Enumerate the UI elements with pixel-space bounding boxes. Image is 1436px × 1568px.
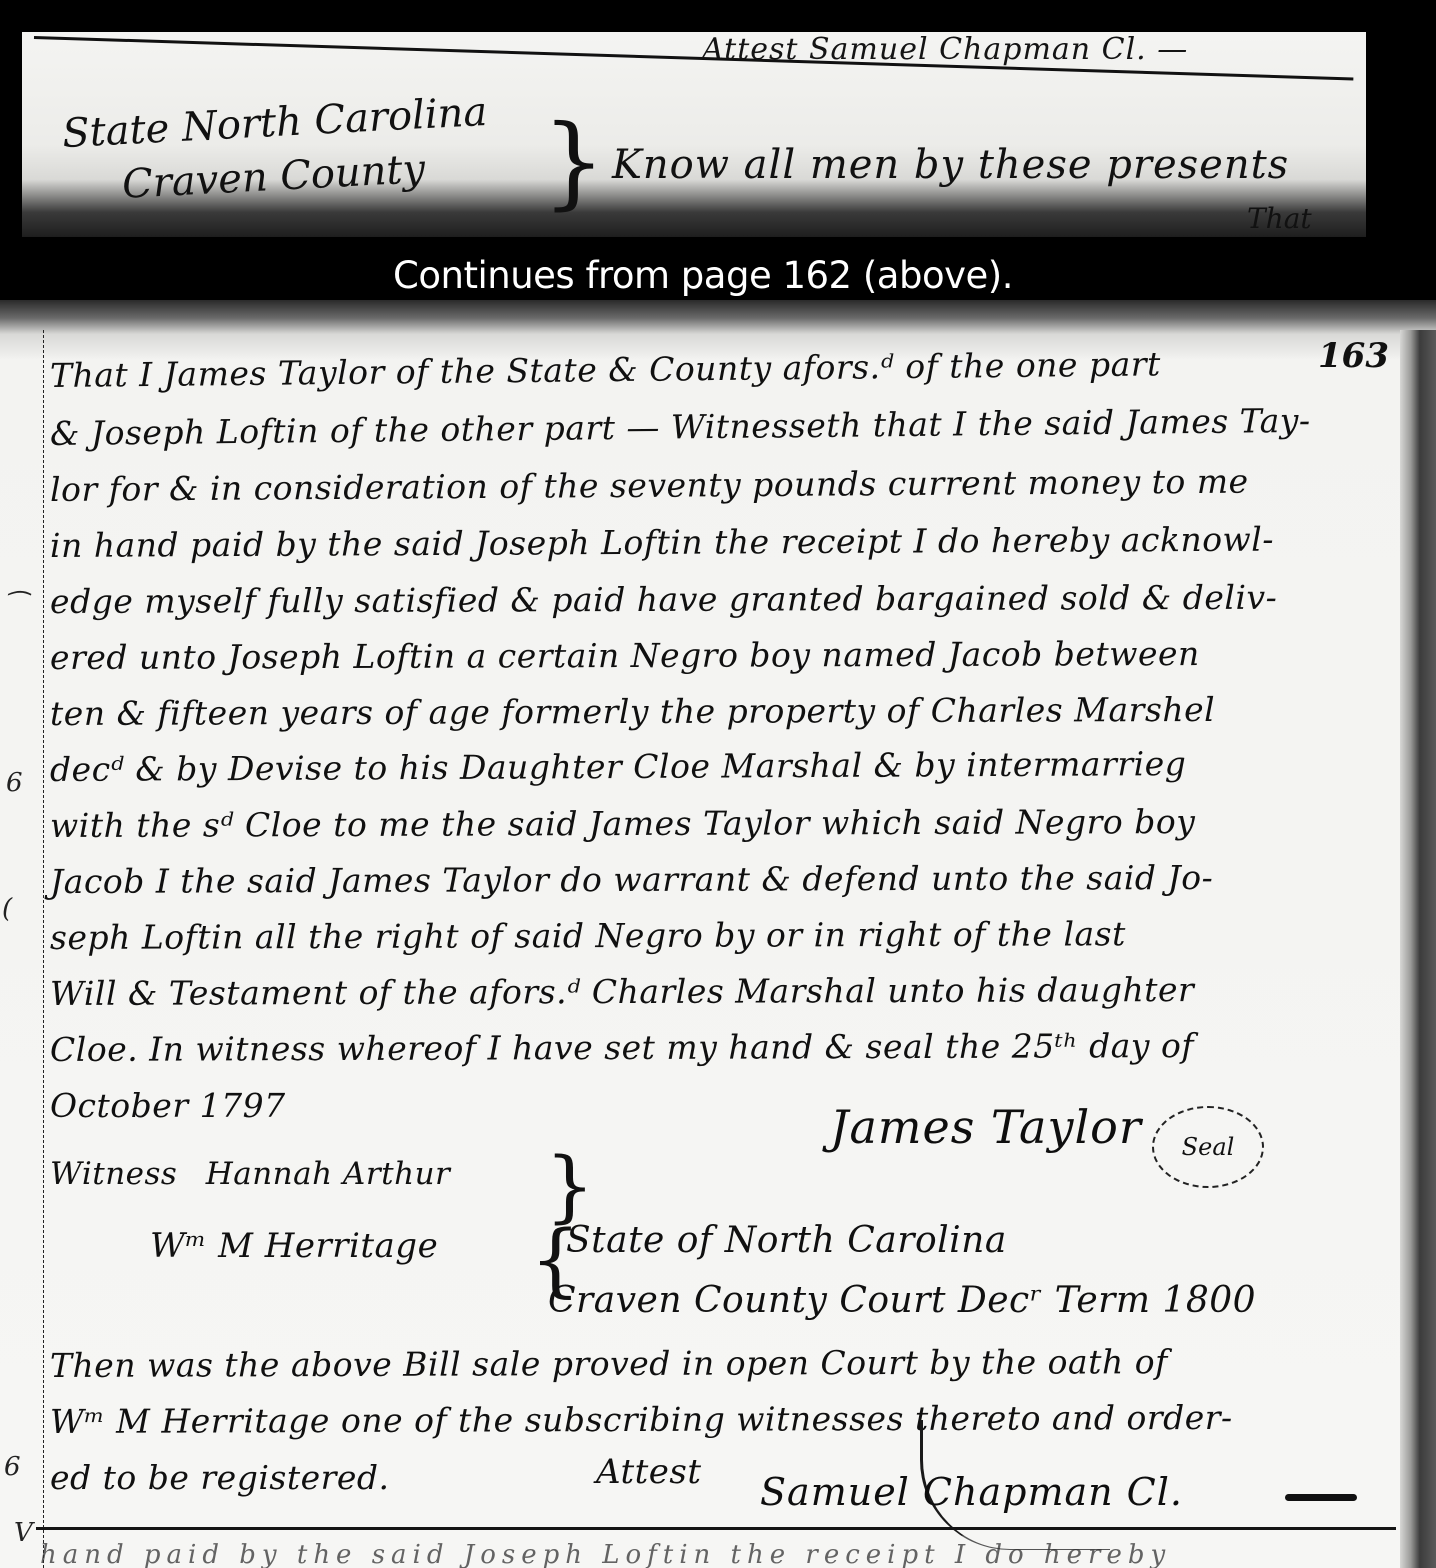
- witness-name: Wᵐ M Herritage: [150, 1226, 438, 1266]
- witness-line: Witness Hannah Arthur: [50, 1156, 450, 1192]
- margin-mark: 6: [4, 1452, 21, 1482]
- clerk-signature: Samuel Chapman Cl.: [760, 1470, 1183, 1514]
- witness-label: Witness: [50, 1156, 177, 1192]
- margin-mark: V: [14, 1518, 33, 1548]
- attest-label: Attest: [596, 1452, 702, 1492]
- seal-icon: Seal: [1152, 1106, 1264, 1188]
- deed-date-line: October 1797: [50, 1086, 286, 1125]
- divider-rule: [36, 1527, 1396, 1530]
- page-number: 163: [1318, 336, 1389, 376]
- catchword: That: [1247, 202, 1312, 235]
- deed-line: lor for & in consideration of the sevent…: [50, 462, 1249, 509]
- margin-line: [43, 330, 44, 1568]
- deed-line: in hand paid by the said Joseph Loftin t…: [50, 520, 1274, 565]
- deed-line: decᵈ & by Devise to his Daughter Cloe Ma…: [50, 744, 1187, 789]
- deed-line: Jacob I the said James Taylor do warrant…: [50, 858, 1213, 901]
- witness-name: Hannah Arthur: [206, 1156, 451, 1192]
- deed-line: ten & fifteen years of age formerly the …: [50, 690, 1215, 733]
- deed-line: with the sᵈ Cloe to me the said James Ta…: [50, 802, 1195, 845]
- jurisdiction-state: State North Carolina: [61, 89, 488, 157]
- proof-line: Then was the above Bill sale proved in o…: [50, 1342, 1168, 1385]
- court-state: State of North Carolina: [566, 1220, 1007, 1261]
- deed-line: & Joseph Loftin of the other part — Witn…: [50, 401, 1311, 453]
- margin-mark: (: [2, 894, 12, 924]
- book-gutter-edge: [1400, 330, 1436, 1568]
- continuation-caption: Continues from page 162 (above).: [0, 254, 1406, 297]
- deed-line: seph Loftin all the right of said Negro …: [50, 914, 1126, 957]
- margin-mark: ⁀: [4, 592, 25, 622]
- previous-page-excerpt: Attest Samuel Chapman Cl. — State North …: [22, 32, 1366, 237]
- deed-opening: Know all men by these presents: [612, 142, 1289, 188]
- next-entry-bleed: hand paid by the said Joseph Loftin the …: [40, 1540, 1400, 1568]
- deed-line: ered unto Joseph Loftin a certain Negro …: [50, 634, 1200, 677]
- court-term: Craven County Court Decʳ Term 1800: [548, 1280, 1256, 1321]
- grantor-signature: James Taylor: [830, 1100, 1142, 1154]
- jurisdiction-county: Craven County: [121, 146, 426, 208]
- proof-line: ed to be registered.: [50, 1458, 390, 1497]
- seal-label: Seal: [1182, 1133, 1235, 1161]
- ledger-page-163: 163 ⁀ 6 ( 6 V That I James Taylor of the…: [0, 300, 1436, 1568]
- deed-line: Cloe. In witness whereof I have set my h…: [50, 1026, 1194, 1069]
- deed-line: That I James Taylor of the State & Count…: [50, 344, 1161, 395]
- end-dash: [1285, 1494, 1357, 1501]
- margin-mark: 6: [6, 768, 23, 798]
- deed-line: Will & Testament of the afors.ᵈ Charles …: [50, 970, 1194, 1013]
- previous-attest-line: Attest Samuel Chapman Cl. —: [702, 32, 1188, 67]
- jurisdiction-brace: }: [542, 112, 606, 212]
- deed-line: edge myself fully satisfied & paid have …: [50, 578, 1277, 621]
